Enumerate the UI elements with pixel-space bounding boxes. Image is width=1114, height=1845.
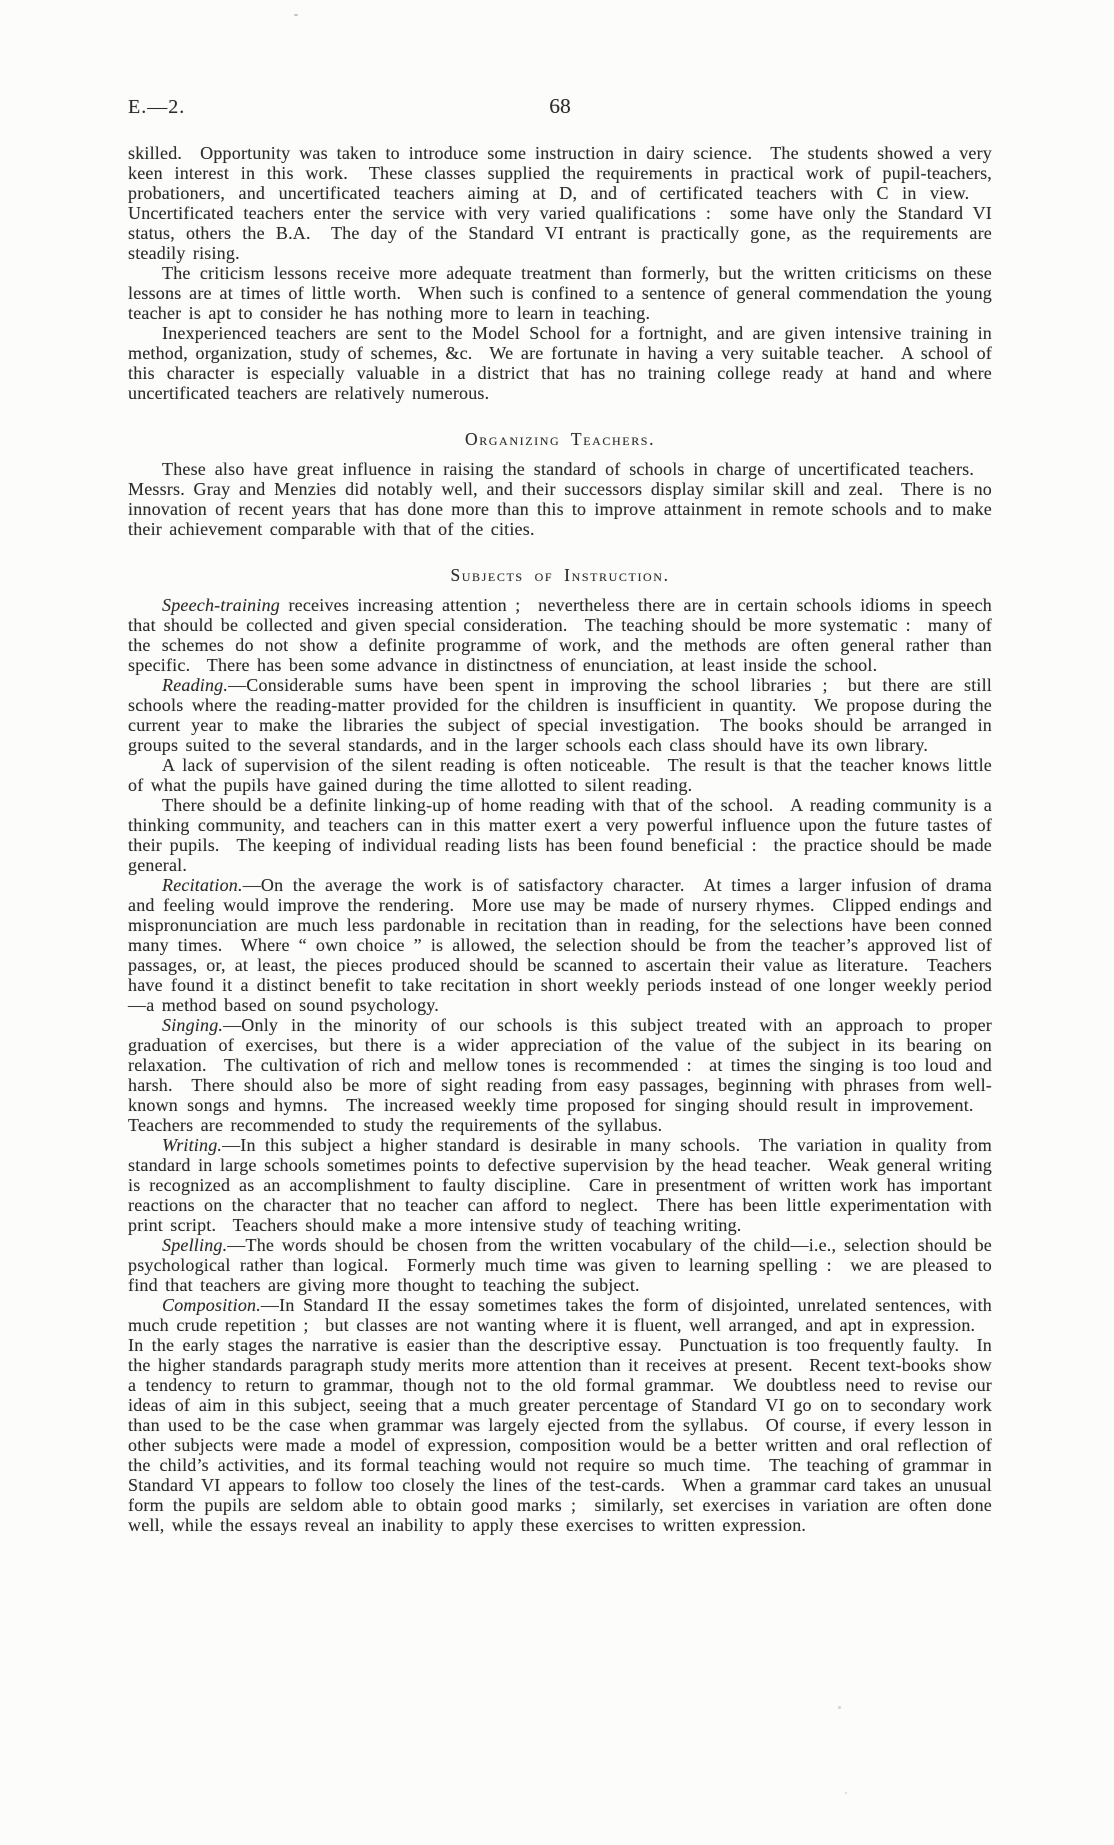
- page-body: skilled. Opportunity was taken to introd…: [128, 143, 992, 1535]
- paragraph: Inexperienced teachers are sent to the M…: [128, 323, 992, 403]
- scan-speck: [838, 1706, 841, 1709]
- paragraph: Recitation.—On the average the work is o…: [128, 875, 992, 1015]
- paragraph: The criticism lessons receive more adequ…: [128, 263, 992, 323]
- paragraph-text: —Only in the minority of our schools is …: [128, 1015, 992, 1135]
- paragraph-lead: Recitation.: [162, 875, 243, 895]
- section-heading: Subjects of Instruction.: [128, 565, 992, 585]
- paragraph-lead: Writing.: [162, 1135, 222, 1155]
- paragraph-text: There should be a definite linking-up of…: [128, 795, 992, 875]
- paragraph: skilled. Opportunity was taken to introd…: [128, 143, 992, 263]
- scan-speck: [294, 14, 298, 16]
- paragraph: These also have great influence in raisi…: [128, 459, 992, 539]
- scan-speck: [845, 1792, 847, 1794]
- paragraph: Composition.—In Standard II the essay so…: [128, 1295, 992, 1535]
- paragraph-lead: Spelling.: [162, 1235, 227, 1255]
- scanned-report-page: E.—2. 68 skilled. Opportunity was taken …: [0, 0, 1114, 1845]
- paragraph-text: skilled. Opportunity was taken to introd…: [128, 143, 992, 263]
- paragraph-text: —In Standard II the essay sometimes take…: [128, 1295, 992, 1535]
- paragraph-text: —Considerable sums have been spent in im…: [128, 675, 992, 755]
- section-heading: Organizing Teachers.: [128, 429, 992, 449]
- paragraph-text: These also have great influence in raisi…: [128, 459, 992, 539]
- paragraph-text: Inexperienced teachers are sent to the M…: [128, 323, 992, 403]
- page-header: E.—2. 68: [128, 94, 992, 122]
- paragraph: Spelling.—The words should be chosen fro…: [128, 1235, 992, 1295]
- paragraph: A lack of supervision of the silent read…: [128, 755, 992, 795]
- paragraph: Singing.—Only in the minority of our sch…: [128, 1015, 992, 1135]
- paragraph-lead: Singing.: [162, 1015, 223, 1035]
- paragraph-text: —In this subject a higher standard is de…: [128, 1135, 992, 1235]
- paragraph-text: —The words should be chosen from the wri…: [128, 1235, 992, 1295]
- paragraph-text: A lack of supervision of the silent read…: [128, 755, 992, 795]
- scan-speck: [929, 765, 931, 770]
- page-number: 68: [128, 94, 992, 119]
- paragraph-lead: Reading.: [162, 675, 228, 695]
- paragraph-lead: Composition.: [162, 1295, 261, 1315]
- paragraph-lead: Speech-training: [162, 595, 280, 615]
- paragraph: Speech-training receives increasing atte…: [128, 595, 992, 675]
- paragraph: There should be a definite linking-up of…: [128, 795, 992, 875]
- paragraph-text: The criticism lessons receive more adequ…: [128, 263, 992, 323]
- paragraph-text: —On the average the work is of satisfact…: [128, 875, 992, 1015]
- paragraph: Writing.—In this subject a higher standa…: [128, 1135, 992, 1235]
- paragraph: Reading.—Considerable sums have been spe…: [128, 675, 992, 755]
